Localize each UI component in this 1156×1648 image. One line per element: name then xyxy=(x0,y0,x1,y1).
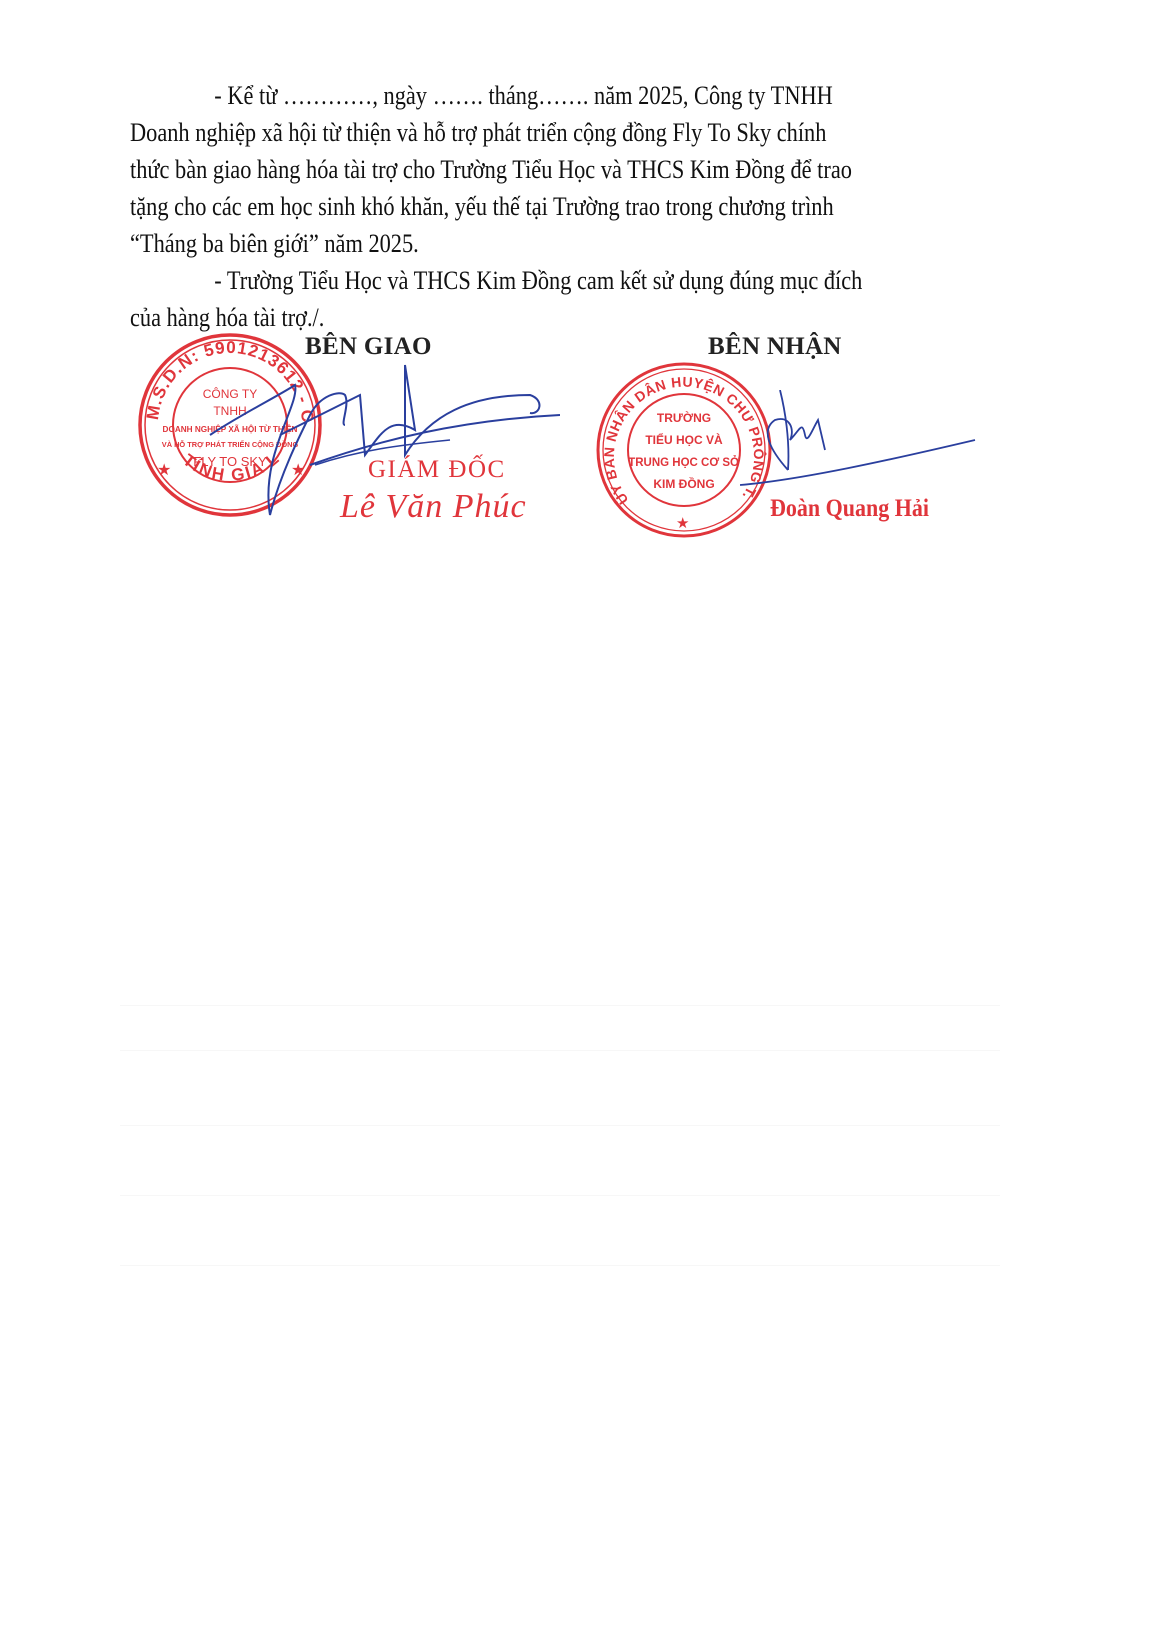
receiver-label: BÊN NHẬN xyxy=(708,333,842,361)
svg-text:★: ★ xyxy=(157,462,171,479)
receiver-name: Đoàn Quang Hải xyxy=(770,495,929,523)
commitment-paragraph: - Trường Tiểu Học và THCS Kim Đồng cam k… xyxy=(130,262,1030,336)
document-page: - Kể từ …………, ngày ……. tháng……. năm 2025… xyxy=(0,0,1156,1648)
svg-text:TRƯỜNG: TRƯỜNG xyxy=(657,410,711,425)
paragraph-line: thức bàn giao hàng hóa tài trợ cho Trườn… xyxy=(130,151,1030,188)
handover-paragraph: - Kể từ …………, ngày ……. tháng……. năm 2025… xyxy=(130,77,1030,262)
paragraph-line: “Tháng ba biên giới” năm 2025. xyxy=(130,225,1030,262)
paragraph-line: - Kể từ …………, ngày ……. tháng……. năm 2025… xyxy=(214,81,832,110)
svg-text:★: ★ xyxy=(676,516,689,532)
svg-text:KIM ĐỒNG: KIM ĐỒNG xyxy=(653,476,714,491)
receiver-signature-icon xyxy=(740,390,980,500)
paragraph-line: tặng cho các em học sinh khó khăn, yếu t… xyxy=(130,188,1030,225)
paragraph-line: Doanh nghiệp xã hội từ thiện và hỗ trợ p… xyxy=(130,114,1030,151)
giver-name: Lê Văn Phúc xyxy=(340,488,527,526)
svg-text:TIỂU HỌC VÀ: TIỂU HỌC VÀ xyxy=(645,432,723,447)
giver-title: GIÁM ĐỐC xyxy=(368,456,506,484)
paragraph-line: - Trường Tiểu Học và THCS Kim Đồng cam k… xyxy=(214,266,862,295)
svg-text:TRUNG HỌC CƠ SỞ: TRUNG HỌC CƠ SỞ xyxy=(628,456,740,469)
